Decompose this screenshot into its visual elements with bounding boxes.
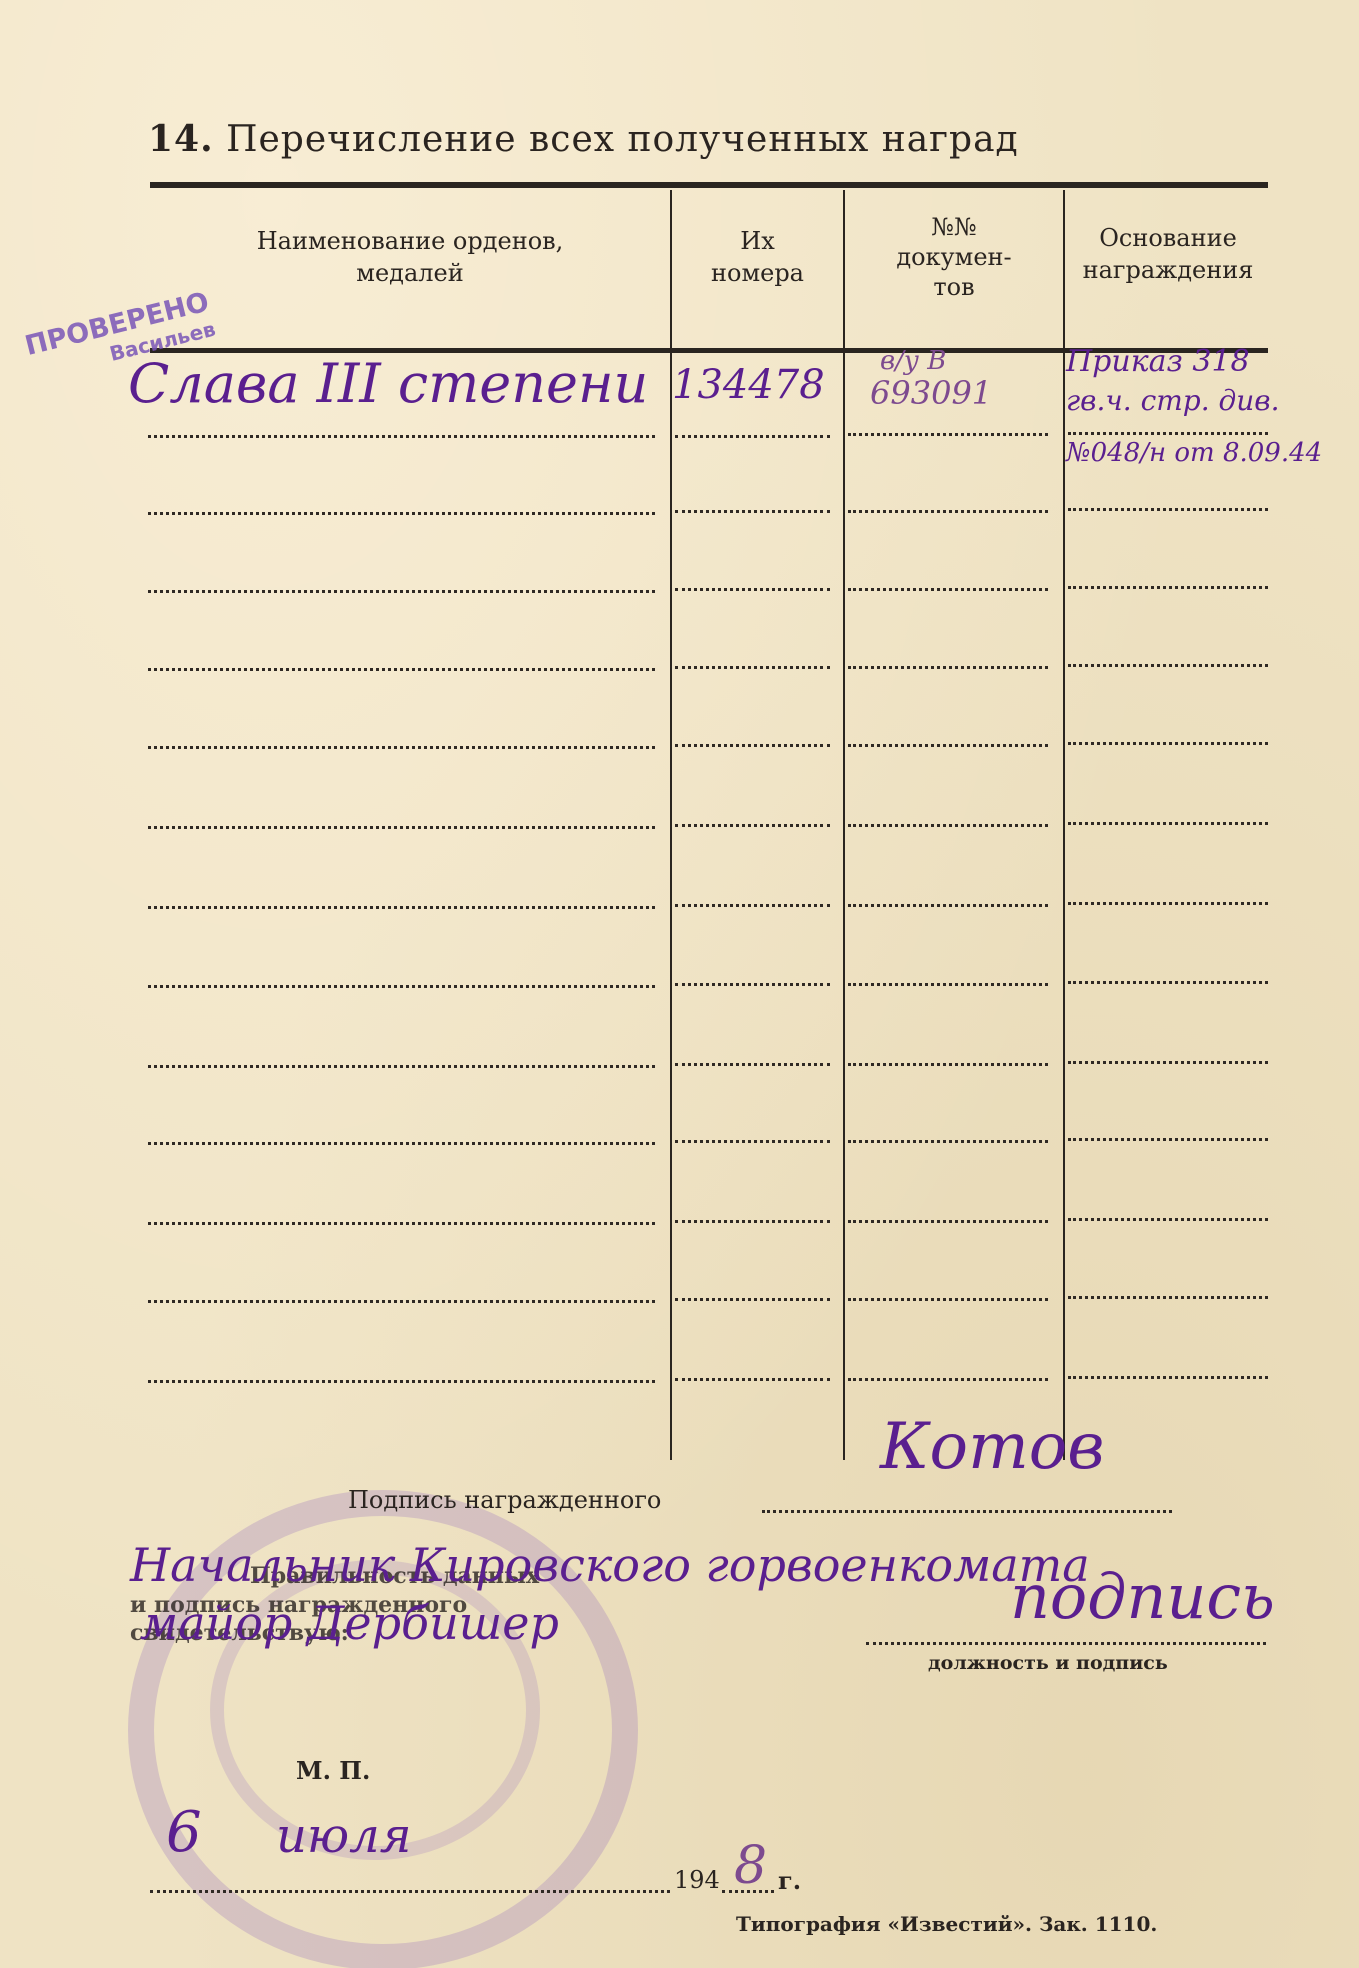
row-line bbox=[148, 1222, 655, 1225]
date-month: июля bbox=[276, 1808, 412, 1864]
row-line bbox=[148, 1065, 655, 1068]
row-line bbox=[675, 666, 830, 669]
row-line bbox=[1068, 822, 1268, 825]
row-line bbox=[1068, 586, 1268, 589]
row-line bbox=[675, 510, 830, 513]
row-line bbox=[848, 666, 1048, 669]
section-title: 14. Перечисление всех полученных наград bbox=[148, 118, 1019, 160]
row-line bbox=[848, 744, 1048, 747]
row-line bbox=[148, 590, 655, 593]
row-line bbox=[148, 985, 655, 988]
row-line bbox=[675, 744, 830, 747]
row-line bbox=[675, 1298, 830, 1301]
row-line bbox=[148, 668, 655, 671]
date-day: 6 bbox=[166, 1800, 202, 1865]
row-line bbox=[848, 433, 1048, 436]
row-line bbox=[848, 1298, 1048, 1301]
row-line bbox=[848, 824, 1048, 827]
row-line bbox=[675, 1220, 830, 1223]
award-name-entry: Слава III степени bbox=[128, 352, 648, 415]
award-basis-entry-line3: №048/н от 8.09.44 bbox=[1066, 438, 1322, 468]
row-line bbox=[675, 904, 830, 907]
official-signature: подпись bbox=[1010, 1560, 1275, 1633]
column-divider-3 bbox=[1063, 190, 1065, 1460]
official-position-handwriting-line2: майор Дербишер bbox=[140, 1596, 559, 1650]
date-year-line bbox=[722, 1890, 774, 1893]
row-line bbox=[848, 983, 1048, 986]
header-line: Их bbox=[672, 225, 843, 257]
row-line bbox=[148, 435, 655, 438]
row-line bbox=[148, 906, 655, 909]
row-line bbox=[148, 1380, 655, 1383]
row-line bbox=[848, 1063, 1048, 1066]
row-line bbox=[1068, 664, 1268, 667]
award-basis-entry-line1: Приказ 318 bbox=[1066, 344, 1250, 379]
row-line bbox=[675, 983, 830, 986]
column-header-award-name: Наименование орденов, медалей bbox=[150, 225, 670, 290]
row-line bbox=[848, 588, 1048, 591]
row-line bbox=[848, 510, 1048, 513]
header-line: Наименование орденов, bbox=[150, 225, 670, 257]
row-line bbox=[675, 1378, 830, 1381]
row-line bbox=[848, 1140, 1048, 1143]
header-line: №№ bbox=[845, 212, 1063, 242]
date-year-unit: г. bbox=[778, 1866, 801, 1895]
header-line: номера bbox=[672, 257, 843, 289]
recipient-signature-line bbox=[762, 1510, 1172, 1513]
row-line bbox=[1068, 902, 1268, 905]
document-number-entry-line2: 693091 bbox=[870, 374, 992, 412]
row-line bbox=[1068, 981, 1268, 984]
header-line: Основание bbox=[1063, 222, 1273, 254]
header-line: тов bbox=[845, 272, 1063, 302]
row-line bbox=[1068, 1296, 1268, 1299]
row-line bbox=[1068, 1376, 1268, 1379]
section-title-text: Перечисление всех полученных наград bbox=[226, 119, 1019, 160]
award-basis-entry-line2: гв.ч. стр. див. bbox=[1066, 384, 1280, 417]
date-year-suffix: 8 bbox=[734, 1836, 767, 1896]
row-line bbox=[675, 588, 830, 591]
header-line: докумен- bbox=[845, 242, 1063, 272]
row-line bbox=[1068, 432, 1268, 435]
header-line: награждения bbox=[1063, 254, 1273, 286]
table-top-rule bbox=[150, 182, 1268, 188]
column-header-award-number: Их номера bbox=[672, 225, 843, 290]
row-line bbox=[148, 512, 655, 515]
position-signature-label: должность и подпись bbox=[928, 1652, 1168, 1674]
date-year-prefix: 194 bbox=[674, 1866, 720, 1894]
column-header-award-basis: Основание награждения bbox=[1063, 222, 1273, 287]
row-line bbox=[848, 1378, 1048, 1381]
document-number-entry-line1: в/у В bbox=[880, 346, 946, 376]
row-line bbox=[848, 904, 1048, 907]
row-line bbox=[1068, 1218, 1268, 1221]
position-signature-line bbox=[866, 1642, 1266, 1645]
row-line bbox=[675, 824, 830, 827]
row-line bbox=[1068, 742, 1268, 745]
seal-placeholder-label: М. П. bbox=[296, 1756, 370, 1785]
section-number: 14. bbox=[148, 118, 214, 160]
row-line bbox=[675, 1140, 830, 1143]
recipient-signature-label: Подпись награжденного bbox=[348, 1486, 661, 1514]
row-line bbox=[1068, 1061, 1268, 1064]
row-line bbox=[1068, 1138, 1268, 1141]
column-divider-2 bbox=[843, 190, 845, 1460]
row-line bbox=[148, 746, 655, 749]
row-line bbox=[148, 826, 655, 829]
row-line bbox=[848, 1220, 1048, 1223]
row-line bbox=[1068, 508, 1268, 511]
row-line bbox=[675, 1063, 830, 1066]
printer-imprint: Типография «Известий». Зак. 1110. bbox=[736, 1912, 1157, 1936]
row-line bbox=[148, 1300, 655, 1303]
date-line bbox=[150, 1890, 670, 1893]
official-position-handwriting-line1: Начальник Кировского горвоенкомата bbox=[130, 1538, 1090, 1592]
row-line bbox=[675, 435, 830, 438]
recipient-signature: Котов bbox=[880, 1410, 1105, 1484]
award-number-entry: 134478 bbox=[672, 362, 825, 408]
row-line bbox=[148, 1142, 655, 1145]
header-line: медалей bbox=[150, 257, 670, 289]
column-header-document-number: №№ докумен- тов bbox=[845, 212, 1063, 302]
